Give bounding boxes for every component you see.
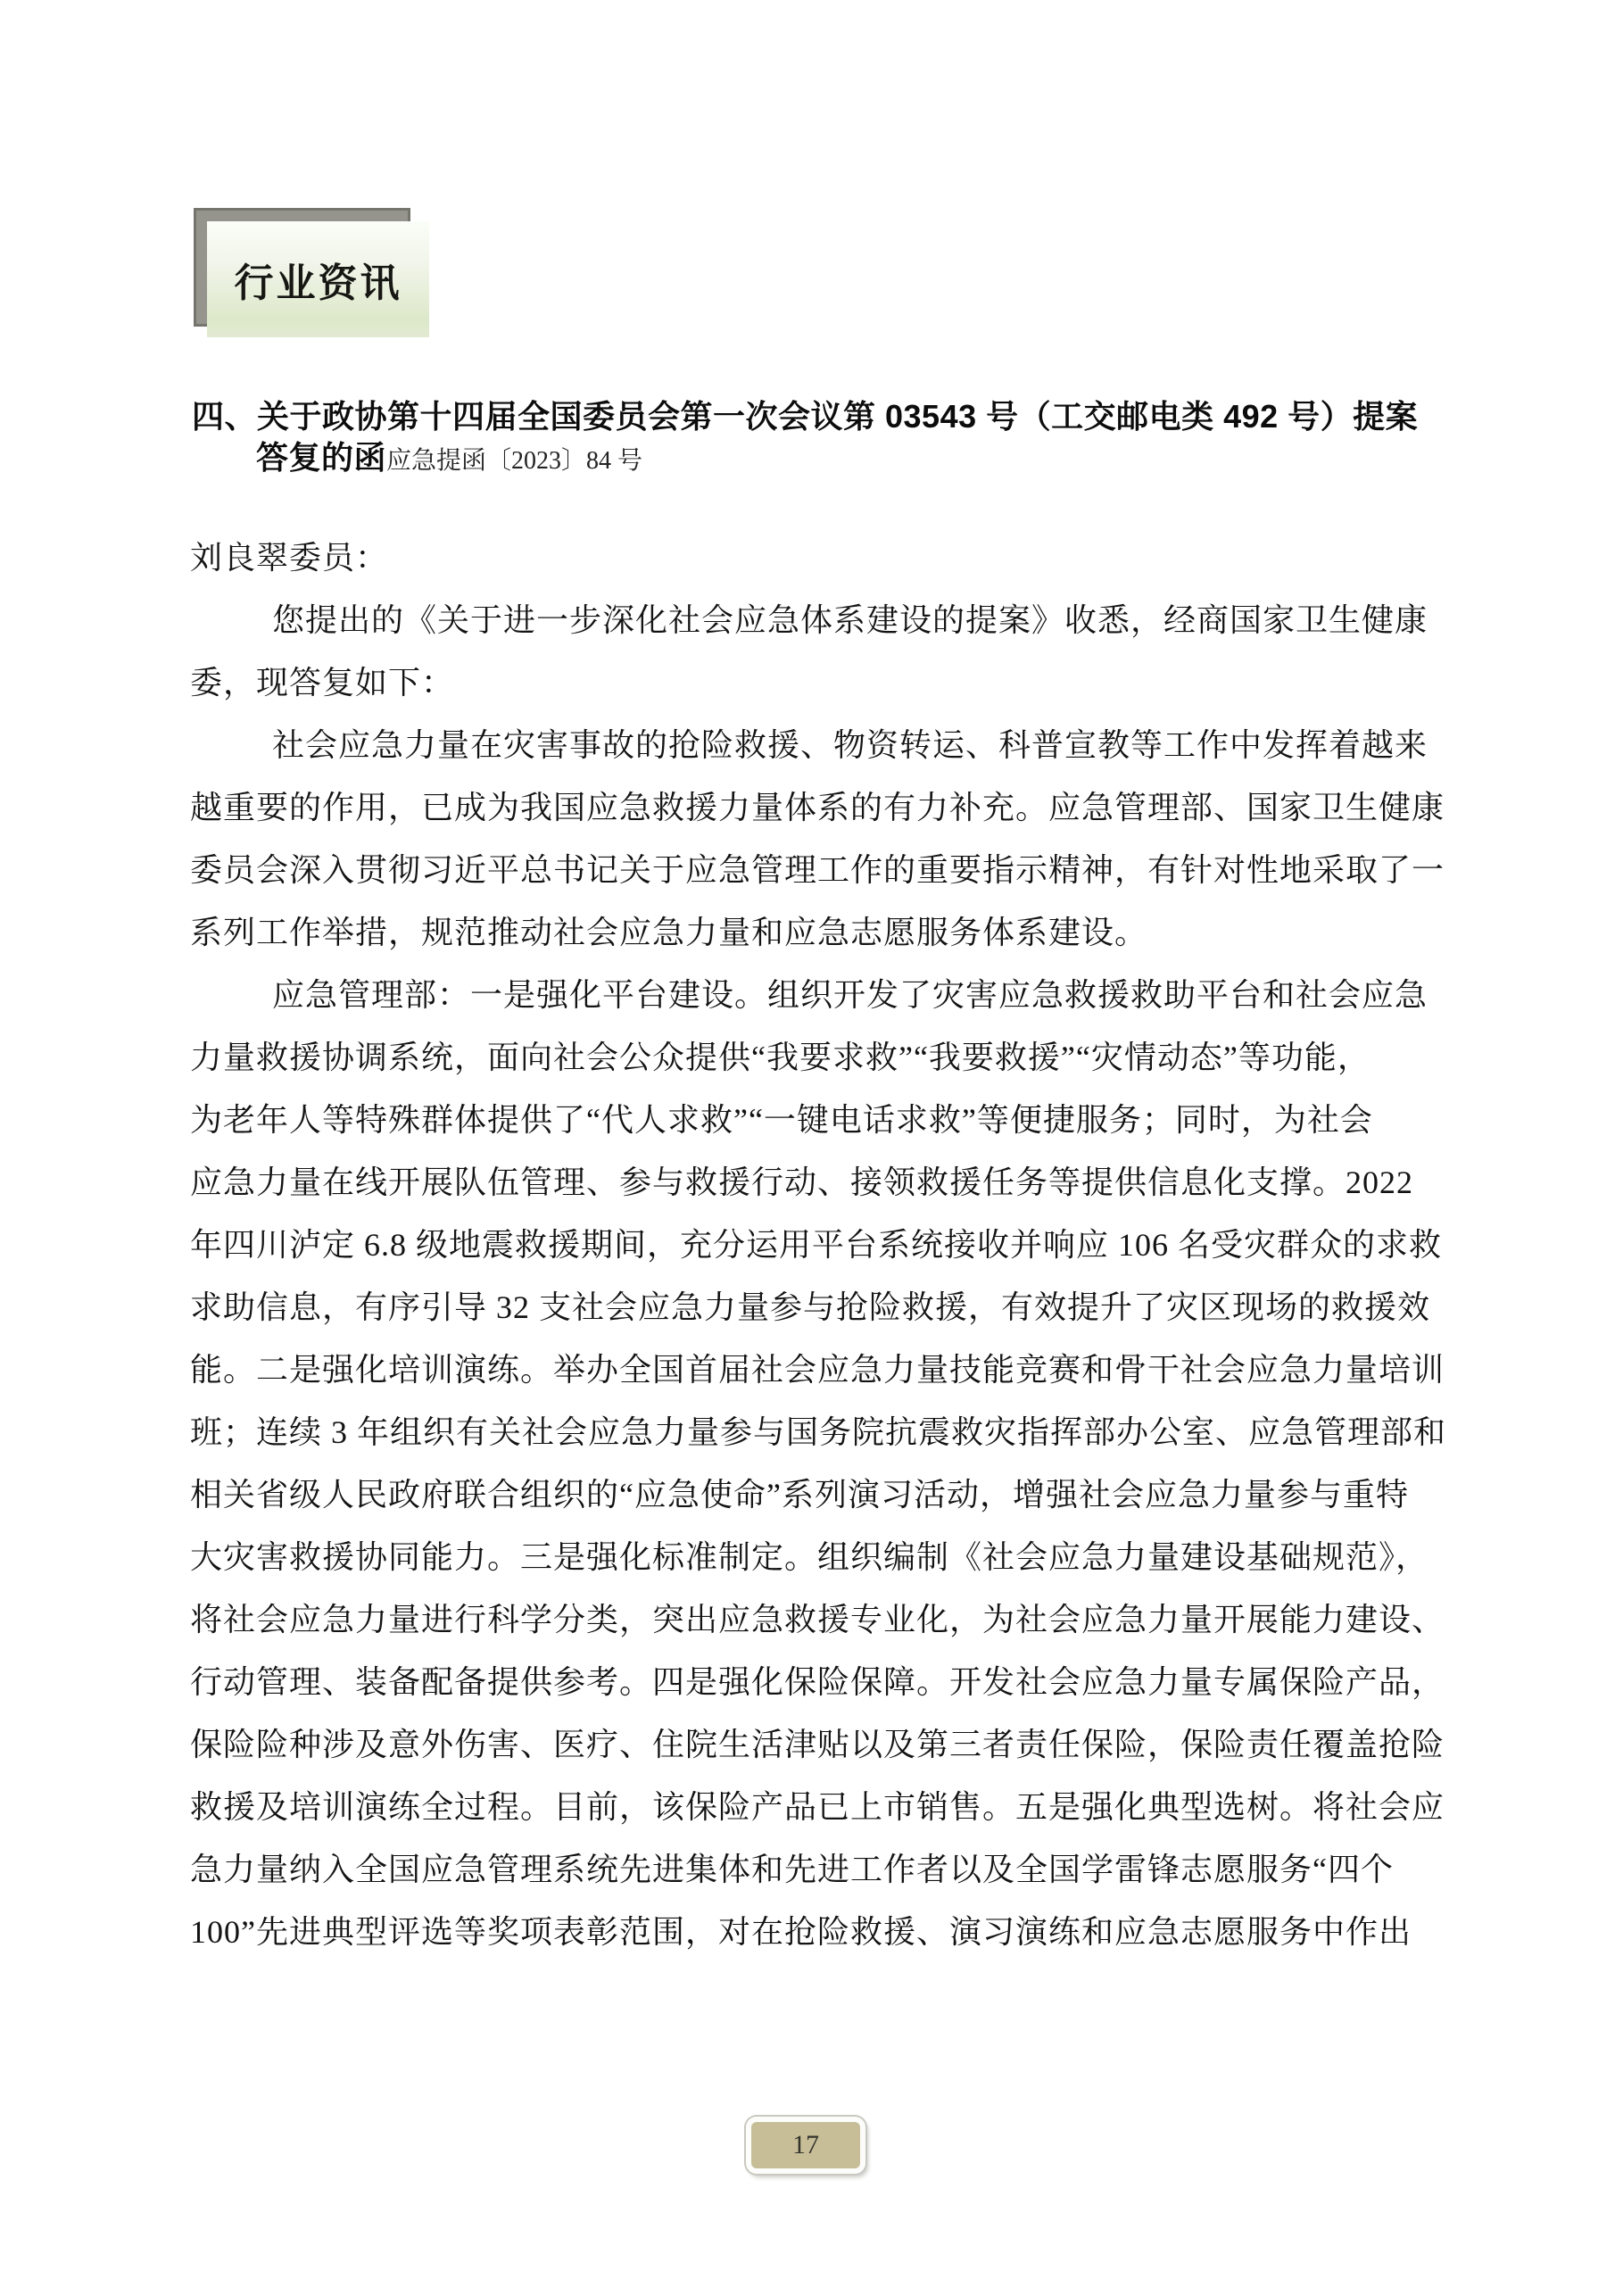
badge-label: 行业资讯 (235, 251, 402, 308)
page-number: 17 (792, 2130, 819, 2160)
letter-line: 系列工作举措，规范推动社会应急力量和应急志愿服务体系建设。 (190, 901, 1448, 964)
letter-line: 委员会深入贯彻习近平总书记关于应急管理工作的重要指示精神，有针对性地采取了一 (190, 839, 1448, 901)
letter-line: 100”先进典型评选等奖项表彰范围，对在抢险救援、演习演练和应急志愿服务中作出 (190, 1901, 1448, 1963)
letter-line: 急力量纳入全国应急管理系统先进集体和先进工作者以及全国学雷锋志愿服务“四个 (190, 1838, 1448, 1901)
letter-body: 刘良翠委员：您提出的《关于进一步深化社会应急体系建设的提案》收悉，经商国家卫生健… (190, 526, 1448, 1963)
document-reference-number: 应急提函〔2023〕84 号 (386, 447, 642, 475)
letter-line: 求助信息，有序引导 32 支社会应急力量参与抢险救援，有效提升了灾区现场的救援效 (190, 1276, 1448, 1339)
letter-line: 大灾害救援协同能力。三是强化标准制定。组织编制《社会应急力量建设基础规范》， (190, 1526, 1448, 1588)
page-number-chip: 17 (746, 2117, 865, 2174)
letter-line: 相关省级人民政府联合组织的“应急使命”系列演习活动，增强社会应急力量参与重特 (190, 1463, 1448, 1526)
document-title: 四、关于政协第十四届全国委员会第一次会议第 03543 号（工交邮电类 492 … (192, 396, 1450, 485)
letter-line: 力量救援协调系统，面向社会公众提供“我要求救”“我要救援”“灾情动态”等功能， (190, 1026, 1448, 1089)
letter-line: 越重要的作用，已成为我国应急救援力量体系的有力补充。应急管理部、国家卫生健康 (190, 776, 1448, 839)
letter-line: 社会应急力量在灾害事故的抢险救援、物资转运、科普宣教等工作中发挥着越来 (190, 714, 1448, 776)
letter-line: 为老年人等特殊群体提供了“代人求救”“一键电话求救”等便捷服务；同时，为社会 (190, 1089, 1448, 1151)
letter-line: 能。二是强化培训演练。举办全国首届社会应急力量技能竞赛和骨干社会应急力量培训 (190, 1339, 1448, 1401)
letter-line: 救援及培训演练全过程。目前，该保险产品已上市销售。五是强化典型选树。将社会应 (190, 1776, 1448, 1838)
document-page: 行业资讯 四、关于政协第十四届全国委员会第一次会议第 03543 号（工交邮电类… (0, 0, 1623, 2296)
letter-line: 您提出的《关于进一步深化社会应急体系建设的提案》收悉，经商国家卫生健康 (190, 589, 1448, 651)
letter-line: 应急力量在线开展队伍管理、参与救援行动、接领救援任务等提供信息化支撑。2022 (190, 1151, 1448, 1214)
title-line-2: 答复的函应急提函〔2023〕84 号 (256, 437, 1450, 485)
letter-line: 保险险种涉及意外伤害、医疗、住院生活津贴以及第三者责任保险，保险责任覆盖抢险 (190, 1713, 1448, 1776)
letter-line: 将社会应急力量进行科学分类，突出应急救援专业化，为社会应急力量开展能力建设、 (190, 1588, 1448, 1651)
letter-line: 刘良翠委员： (190, 526, 1448, 589)
section-badge: 行业资讯 (194, 208, 431, 338)
title-line-2-bold: 答复的函 (256, 439, 386, 476)
letter-line: 委，现答复如下： (190, 651, 1448, 714)
badge-face: 行业资讯 (207, 221, 429, 337)
letter-line: 应急管理部：一是强化平台建设。组织开发了灾害应急救援救助平台和社会应急 (190, 964, 1448, 1026)
letter-line: 年四川泸定 6.8 级地震救援期间，充分运用平台系统接收并响应 106 名受灾群… (190, 1214, 1448, 1276)
letter-line: 班；连续 3 年组织有关社会应急力量参与国务院抗震救灾指挥部办公室、应急管理部和 (190, 1401, 1448, 1463)
letter-line: 行动管理、装备配备提供参考。四是强化保险保障。开发社会应急力量专属保险产品， (190, 1651, 1448, 1713)
title-line-1: 四、关于政协第十四届全国委员会第一次会议第 03543 号（工交邮电类 492 … (192, 396, 1450, 437)
